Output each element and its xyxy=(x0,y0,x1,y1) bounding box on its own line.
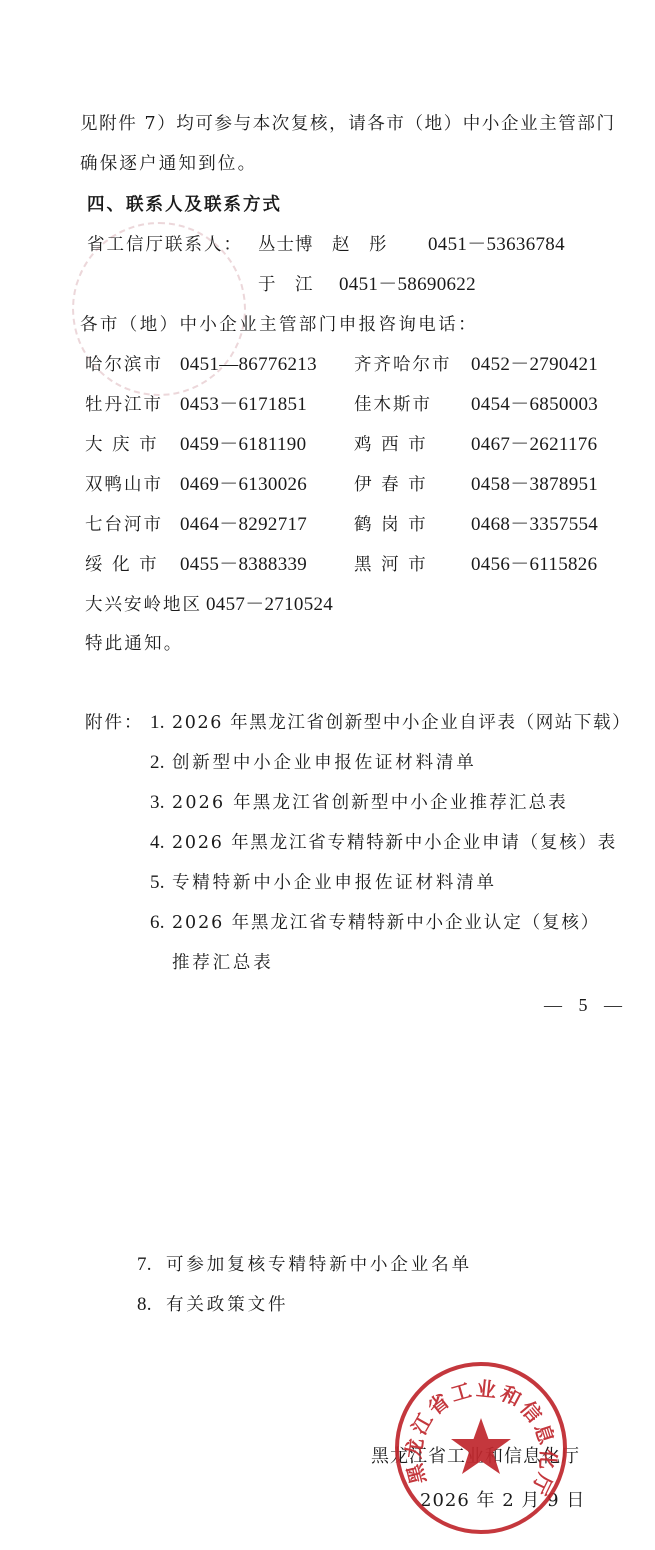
city-hotline-label: 各市（地）中小企业主管部门申报咨询电话： xyxy=(80,313,478,337)
attachment-number: 7. xyxy=(137,1253,152,1277)
svg-text:黑龙江省工业和信息化厅: 黑龙江省工业和信息化厅 xyxy=(401,1376,561,1501)
city-phone: 0458－3878951 xyxy=(471,473,598,497)
attachment-number: 4. xyxy=(150,831,165,855)
province-contact-phone-2: 0451－58690622 xyxy=(339,273,476,297)
city-name: 伊 春 市 xyxy=(354,473,428,497)
attachment-item: 2026 年黑龙江省专精特新中小企业申请（复核）表 xyxy=(172,831,617,855)
city-phone: 0453－6171851 xyxy=(180,393,307,417)
city-phone: 0452－2790421 xyxy=(471,353,598,377)
page-number: — 5 — xyxy=(544,995,628,1016)
city-name: 双鸭山市 xyxy=(85,473,163,497)
attachment-number: 3. xyxy=(150,791,165,815)
closing-text: 特此通知。 xyxy=(85,632,184,656)
section-heading-contacts: 四、联系人及联系方式 xyxy=(87,193,282,217)
city-name: 绥 化 市 xyxy=(85,553,159,577)
city-phone: 0451—86776213 xyxy=(180,353,317,377)
paragraph-line-2: 确保逐户通知到位。 xyxy=(80,152,257,176)
attachment-number: 8. xyxy=(137,1293,152,1317)
city-phone: 0468－3357554 xyxy=(471,513,598,537)
city-name: 哈尔滨市 xyxy=(85,353,163,377)
city-name: 佳木斯市 xyxy=(354,393,432,417)
attachment-item: 2026 年黑龙江省创新型中小企业自评表（网站下载） xyxy=(172,711,631,735)
city-name: 七台河市 xyxy=(85,513,163,537)
city-name: 鹤 岗 市 xyxy=(354,513,428,537)
city-phone: 0467－2621176 xyxy=(471,433,597,457)
signature-date: 2026 年 2 月 9 日 xyxy=(420,1489,585,1513)
seal-text: 黑龙江省工业和信息化厅 xyxy=(401,1376,561,1501)
city-phone: 0459－6181190 xyxy=(180,433,306,457)
attachment-number: 1. xyxy=(150,711,165,735)
province-contact-names-2: 于 江 xyxy=(258,273,314,297)
attachments-label: 附件： xyxy=(85,711,144,735)
city-phone-daxinganling: 0457－2710524 xyxy=(206,593,333,617)
city-name: 鸡 西 市 xyxy=(354,433,428,457)
city-name: 齐齐哈尔市 xyxy=(354,353,452,377)
attachment-item: 2026 年黑龙江省专精特新中小企业认定（复核） xyxy=(172,911,600,935)
attachment-number: 6. xyxy=(150,911,165,935)
city-phone: 0456－6115826 xyxy=(471,553,597,577)
attachment-item: 创新型中小企业申报佐证材料清单 xyxy=(172,751,477,775)
attachment-item-continuation: 推荐汇总表 xyxy=(172,951,274,975)
city-name: 大 庆 市 xyxy=(85,433,159,457)
city-name: 牡丹江市 xyxy=(85,393,163,417)
attachment-item: 专精特新中小企业申报佐证材料清单 xyxy=(172,871,497,895)
city-phone: 0464－8292717 xyxy=(180,513,307,537)
city-phone: 0454－6850003 xyxy=(471,393,598,417)
attachment-item: 可参加复核专精特新中小企业名单 xyxy=(166,1253,472,1277)
attachment-item: 有关政策文件 xyxy=(166,1293,288,1317)
city-name: 黑 河 市 xyxy=(354,553,428,577)
city-phone: 0469－6130026 xyxy=(180,473,307,497)
city-phone: 0455－8388339 xyxy=(180,553,307,577)
attachment-number: 2. xyxy=(150,751,165,775)
attachment-item: 2026 年黑龙江省创新型中小企业推荐汇总表 xyxy=(172,791,568,815)
province-contact-phone-1: 0451－53636784 xyxy=(428,233,565,257)
province-contact-names-1: 丛士博 赵 彤 xyxy=(258,233,388,257)
paragraph-line-1: 见附件 7）均可参与本次复核，请各市（地）中小企业主管部门 xyxy=(80,112,616,136)
city-name-daxinganling: 大兴安岭地区 xyxy=(85,593,202,617)
province-contact-label: 省工信厅联系人： xyxy=(87,233,243,257)
attachment-number: 5. xyxy=(150,871,165,895)
signature-org: 黑龙江省工业和信息化厅 xyxy=(371,1445,580,1469)
